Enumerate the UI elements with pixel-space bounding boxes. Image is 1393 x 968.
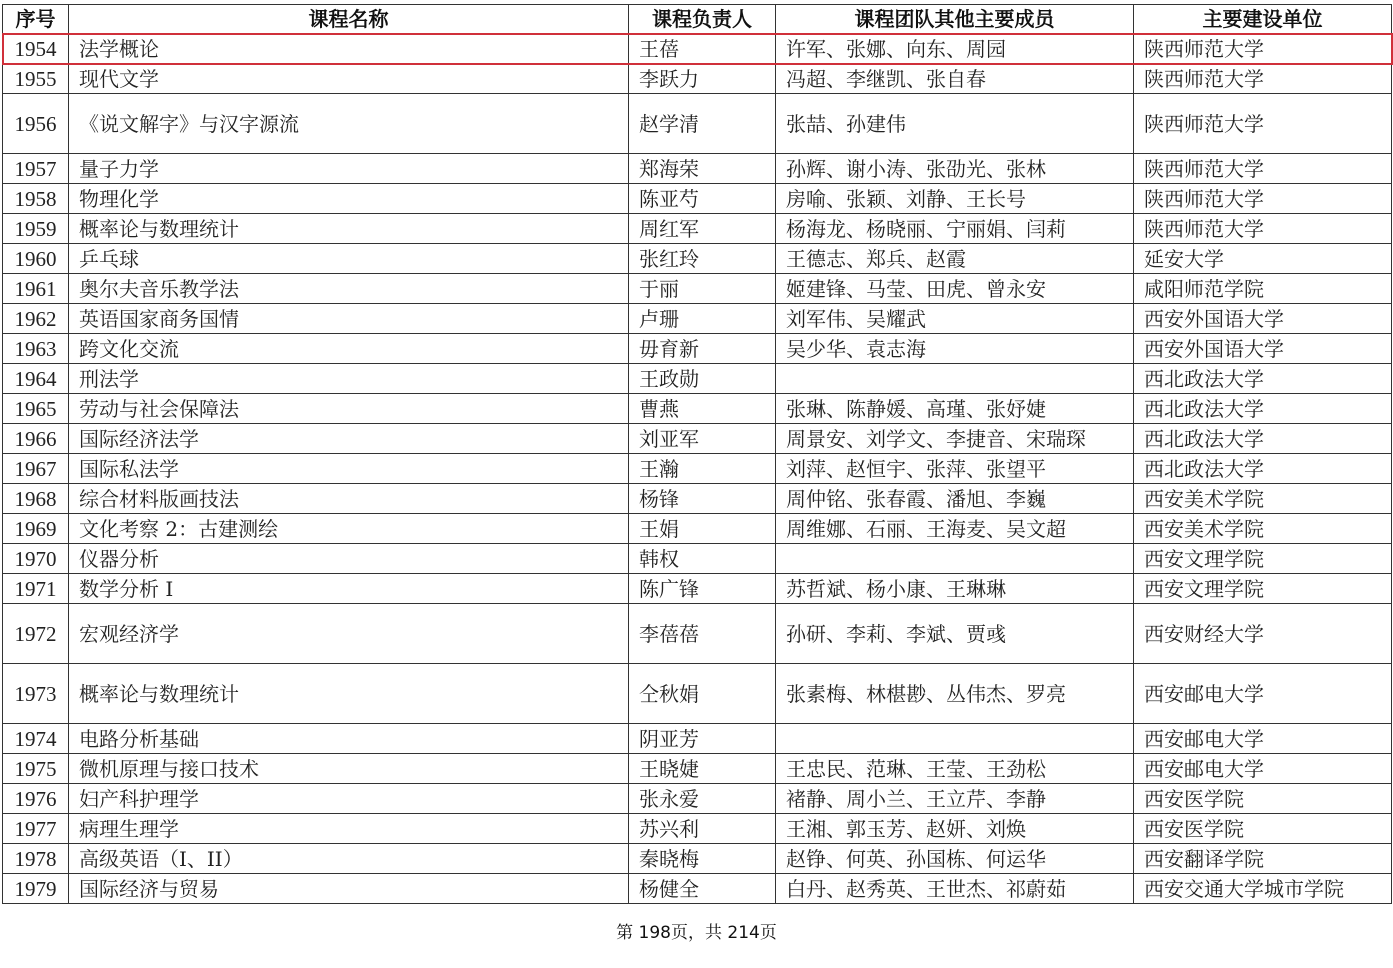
cell-unit: 西安翻译学院 xyxy=(1134,844,1392,874)
table-row: 1956《说文解字》与汉字源流赵学清张喆、孙建伟陕西师范大学 xyxy=(3,94,1392,154)
cell-leader: 韩权 xyxy=(629,544,776,574)
cell-team-members: 褚静、周小兰、王立芹、李静 xyxy=(776,784,1134,814)
cell-leader: 陈亚芍 xyxy=(629,184,776,214)
cell-unit: 陕西师范大学 xyxy=(1134,184,1392,214)
cell-course-name: 《说文解字》与汉字源流 xyxy=(69,94,629,154)
cell-course-name: 现代文学 xyxy=(69,64,629,94)
cell-unit: 咸阳师范学院 xyxy=(1134,274,1392,304)
table-row: 1957量子力学郑海荣孙辉、谢小涛、张劭光、张林陕西师范大学 xyxy=(3,154,1392,184)
cell-unit: 西安邮电大学 xyxy=(1134,724,1392,754)
table-row: 1965劳动与社会保障法曹燕张琳、陈静媛、高瑾、张妤婕西北政法大学 xyxy=(3,394,1392,424)
cell-serial: 1970 xyxy=(3,544,69,574)
header-course-name: 课程名称 xyxy=(69,5,629,34)
cell-unit: 西北政法大学 xyxy=(1134,424,1392,454)
cell-team-members: 张素梅、林椹尠、丛伟杰、罗亮 xyxy=(776,664,1134,724)
cell-unit: 西安邮电大学 xyxy=(1134,754,1392,784)
table-row: 1971数学分析 I陈广锋苏哲斌、杨小康、王琳琳西安文理学院 xyxy=(3,574,1392,604)
cell-leader: 张红玲 xyxy=(629,244,776,274)
cell-serial: 1967 xyxy=(3,454,69,484)
cell-course-name: 物理化学 xyxy=(69,184,629,214)
cell-course-name: 微机原理与接口技术 xyxy=(69,754,629,784)
cell-course-name: 量子力学 xyxy=(69,154,629,184)
cell-serial: 1978 xyxy=(3,844,69,874)
table-row: 1966国际经济法学刘亚军周景安、刘学文、李捷音、宋瑞琛西北政法大学 xyxy=(3,424,1392,454)
cell-course-name: 国际经济与贸易 xyxy=(69,874,629,904)
cell-team-members xyxy=(776,364,1134,394)
cell-team-members: 吴少华、袁志海 xyxy=(776,334,1134,364)
table-row: 1960乒乓球张红玲王德志、郑兵、赵霞延安大学 xyxy=(3,244,1392,274)
cell-leader: 杨健全 xyxy=(629,874,776,904)
cell-leader: 秦晓梅 xyxy=(629,844,776,874)
cell-unit: 西安美术学院 xyxy=(1134,514,1392,544)
cell-course-name: 奥尔夫音乐教学法 xyxy=(69,274,629,304)
cell-leader: 杨锋 xyxy=(629,484,776,514)
cell-leader: 卢珊 xyxy=(629,304,776,334)
cell-serial: 1979 xyxy=(3,874,69,904)
table-row: 1974电路分析基础阴亚芳西安邮电大学 xyxy=(3,724,1392,754)
cell-team-members: 孙研、李莉、李斌、贾彧 xyxy=(776,604,1134,664)
cell-leader: 李蓓蓓 xyxy=(629,604,776,664)
cell-serial: 1972 xyxy=(3,604,69,664)
cell-leader: 王瀚 xyxy=(629,454,776,484)
table-row: 1968综合材料版画技法杨锋周仲铭、张春霞、潘旭、李巍西安美术学院 xyxy=(3,484,1392,514)
cell-serial: 1977 xyxy=(3,814,69,844)
cell-serial: 1962 xyxy=(3,304,69,334)
cell-serial: 1958 xyxy=(3,184,69,214)
cell-serial: 1965 xyxy=(3,394,69,424)
cell-unit: 西安外国语大学 xyxy=(1134,334,1392,364)
table-row: 1963跨文化交流毋育新吴少华、袁志海西安外国语大学 xyxy=(3,334,1392,364)
table-row: 1975微机原理与接口技术王晓婕王忠民、范琳、王莹、王劲松西安邮电大学 xyxy=(3,754,1392,784)
cell-course-name: 乒乓球 xyxy=(69,244,629,274)
cell-course-name: 电路分析基础 xyxy=(69,724,629,754)
cell-team-members: 姬建锋、马莹、田虎、曾永安 xyxy=(776,274,1134,304)
cell-unit: 西安外国语大学 xyxy=(1134,304,1392,334)
cell-leader: 王晓婕 xyxy=(629,754,776,784)
cell-team-members: 刘军伟、吴耀武 xyxy=(776,304,1134,334)
cell-unit: 西北政法大学 xyxy=(1134,364,1392,394)
cell-team-members: 周维娜、石丽、王海麦、吴文超 xyxy=(776,514,1134,544)
cell-serial: 1976 xyxy=(3,784,69,814)
cell-course-name: 文化考察 2：古建测绘 xyxy=(69,514,629,544)
table-row: 1969文化考察 2：古建测绘王娟周维娜、石丽、王海麦、吴文超西安美术学院 xyxy=(3,514,1392,544)
cell-team-members: 王忠民、范琳、王莹、王劲松 xyxy=(776,754,1134,784)
cell-course-name: 病理生理学 xyxy=(69,814,629,844)
cell-serial: 1973 xyxy=(3,664,69,724)
cell-course-name: 英语国家商务国情 xyxy=(69,304,629,334)
page-footer: 第 198页，共 214页 xyxy=(0,918,1393,943)
cell-leader: 刘亚军 xyxy=(629,424,776,454)
cell-course-name: 刑法学 xyxy=(69,364,629,394)
cell-leader: 张永爱 xyxy=(629,784,776,814)
cell-serial: 1971 xyxy=(3,574,69,604)
cell-team-members: 周景安、刘学文、李捷音、宋瑞琛 xyxy=(776,424,1134,454)
table-body: 1954法学概论王蓓许军、张娜、向东、周园陕西师范大学1955现代文学李跃力冯超… xyxy=(3,34,1392,904)
cell-team-members: 杨海龙、杨晓丽、宁丽娟、闫莉 xyxy=(776,214,1134,244)
cell-unit: 西安医学院 xyxy=(1134,784,1392,814)
cell-unit: 西安交通大学城市学院 xyxy=(1134,874,1392,904)
cell-course-name: 概率论与数理统计 xyxy=(69,214,629,244)
cell-unit: 陕西师范大学 xyxy=(1134,34,1392,64)
table-row: 1979国际经济与贸易杨健全白丹、赵秀英、王世杰、祁蔚茹西安交通大学城市学院 xyxy=(3,874,1392,904)
cell-unit: 西北政法大学 xyxy=(1134,394,1392,424)
cell-serial: 1956 xyxy=(3,94,69,154)
cell-team-members: 许军、张娜、向东、周园 xyxy=(776,34,1134,64)
cell-course-name: 宏观经济学 xyxy=(69,604,629,664)
table-row: 1970仪器分析韩权西安文理学院 xyxy=(3,544,1392,574)
cell-unit: 西北政法大学 xyxy=(1134,454,1392,484)
cell-serial: 1961 xyxy=(3,274,69,304)
cell-team-members: 刘萍、赵恒宇、张萍、张望平 xyxy=(776,454,1134,484)
cell-team-members: 苏哲斌、杨小康、王琳琳 xyxy=(776,574,1134,604)
cell-unit: 陕西师范大学 xyxy=(1134,154,1392,184)
cell-course-name: 高级英语（I、II） xyxy=(69,844,629,874)
cell-leader: 王娟 xyxy=(629,514,776,544)
cell-serial: 1966 xyxy=(3,424,69,454)
table-row: 1973概率论与数理统计仝秋娟张素梅、林椹尠、丛伟杰、罗亮西安邮电大学 xyxy=(3,664,1392,724)
cell-course-name: 概率论与数理统计 xyxy=(69,664,629,724)
cell-course-name: 劳动与社会保障法 xyxy=(69,394,629,424)
cell-course-name: 数学分析 I xyxy=(69,574,629,604)
header-serial: 序号 xyxy=(3,5,69,34)
cell-leader: 阴亚芳 xyxy=(629,724,776,754)
cell-course-name: 国际私法学 xyxy=(69,454,629,484)
cell-unit: 陕西师范大学 xyxy=(1134,94,1392,154)
cell-leader: 周红军 xyxy=(629,214,776,244)
cell-team-members xyxy=(776,544,1134,574)
cell-unit: 陕西师范大学 xyxy=(1134,214,1392,244)
cell-team-members: 房喻、张颖、刘静、王长号 xyxy=(776,184,1134,214)
cell-team-members: 白丹、赵秀英、王世杰、祁蔚茹 xyxy=(776,874,1134,904)
cell-serial: 1955 xyxy=(3,64,69,94)
course-table: 序号 课程名称 课程负责人 课程团队其他主要成员 主要建设单位 1954法学概论… xyxy=(2,4,1392,904)
cell-unit: 西安医学院 xyxy=(1134,814,1392,844)
table-row-highlighted: 1954法学概论王蓓许军、张娜、向东、周园陕西师范大学 xyxy=(3,34,1392,64)
table-row: 1958物理化学陈亚芍房喻、张颖、刘静、王长号陕西师范大学 xyxy=(3,184,1392,214)
cell-leader: 李跃力 xyxy=(629,64,776,94)
table-header-row: 序号 课程名称 课程负责人 课程团队其他主要成员 主要建设单位 xyxy=(3,5,1392,34)
cell-leader: 赵学清 xyxy=(629,94,776,154)
header-team-members: 课程团队其他主要成员 xyxy=(776,5,1134,34)
cell-course-name: 法学概论 xyxy=(69,34,629,64)
header-leader: 课程负责人 xyxy=(629,5,776,34)
cell-team-members: 赵铮、何英、孙国栋、何运华 xyxy=(776,844,1134,874)
cell-unit: 西安文理学院 xyxy=(1134,544,1392,574)
table-row: 1972宏观经济学李蓓蓓孙研、李莉、李斌、贾彧西安财经大学 xyxy=(3,604,1392,664)
cell-team-members: 张喆、孙建伟 xyxy=(776,94,1134,154)
cell-leader: 王蓓 xyxy=(629,34,776,64)
cell-unit: 西安财经大学 xyxy=(1134,604,1392,664)
cell-serial: 1957 xyxy=(3,154,69,184)
cell-course-name: 仪器分析 xyxy=(69,544,629,574)
cell-course-name: 跨文化交流 xyxy=(69,334,629,364)
cell-serial: 1969 xyxy=(3,514,69,544)
cell-unit: 西安邮电大学 xyxy=(1134,664,1392,724)
cell-leader: 苏兴利 xyxy=(629,814,776,844)
cell-serial: 1974 xyxy=(3,724,69,754)
cell-leader: 毋育新 xyxy=(629,334,776,364)
table-row: 1955现代文学李跃力冯超、李继凯、张自春陕西师范大学 xyxy=(3,64,1392,94)
cell-unit: 西安美术学院 xyxy=(1134,484,1392,514)
cell-course-name: 综合材料版画技法 xyxy=(69,484,629,514)
table-row: 1961奥尔夫音乐教学法于丽姬建锋、马莹、田虎、曾永安咸阳师范学院 xyxy=(3,274,1392,304)
cell-unit: 陕西师范大学 xyxy=(1134,64,1392,94)
cell-leader: 曹燕 xyxy=(629,394,776,424)
cell-leader: 仝秋娟 xyxy=(629,664,776,724)
table-row: 1977病理生理学苏兴利王湘、郭玉芳、赵妍、刘焕西安医学院 xyxy=(3,814,1392,844)
cell-unit: 延安大学 xyxy=(1134,244,1392,274)
cell-course-name: 国际经济法学 xyxy=(69,424,629,454)
table-row: 1976妇产科护理学张永爱褚静、周小兰、王立芹、李静西安医学院 xyxy=(3,784,1392,814)
cell-serial: 1964 xyxy=(3,364,69,394)
table-row: 1978高级英语（I、II）秦晓梅赵铮、何英、孙国栋、何运华西安翻译学院 xyxy=(3,844,1392,874)
header-unit: 主要建设单位 xyxy=(1134,5,1392,34)
cell-unit: 西安文理学院 xyxy=(1134,574,1392,604)
cell-serial: 1968 xyxy=(3,484,69,514)
cell-team-members: 孙辉、谢小涛、张劭光、张林 xyxy=(776,154,1134,184)
cell-team-members: 冯超、李继凯、张自春 xyxy=(776,64,1134,94)
cell-serial: 1975 xyxy=(3,754,69,784)
cell-leader: 于丽 xyxy=(629,274,776,304)
table-row: 1964刑法学王政勋西北政法大学 xyxy=(3,364,1392,394)
cell-serial: 1954 xyxy=(3,34,69,64)
cell-team-members: 王德志、郑兵、赵霞 xyxy=(776,244,1134,274)
cell-serial: 1960 xyxy=(3,244,69,274)
cell-course-name: 妇产科护理学 xyxy=(69,784,629,814)
cell-team-members: 张琳、陈静媛、高瑾、张妤婕 xyxy=(776,394,1134,424)
cell-leader: 陈广锋 xyxy=(629,574,776,604)
cell-serial: 1963 xyxy=(3,334,69,364)
table-row: 1962英语国家商务国情卢珊刘军伟、吴耀武西安外国语大学 xyxy=(3,304,1392,334)
cell-leader: 郑海荣 xyxy=(629,154,776,184)
cell-serial: 1959 xyxy=(3,214,69,244)
cell-team-members xyxy=(776,724,1134,754)
cell-leader: 王政勋 xyxy=(629,364,776,394)
cell-team-members: 周仲铭、张春霞、潘旭、李巍 xyxy=(776,484,1134,514)
cell-team-members: 王湘、郭玉芳、赵妍、刘焕 xyxy=(776,814,1134,844)
table-row: 1959概率论与数理统计周红军杨海龙、杨晓丽、宁丽娟、闫莉陕西师范大学 xyxy=(3,214,1392,244)
table-row: 1967国际私法学王瀚刘萍、赵恒宇、张萍、张望平西北政法大学 xyxy=(3,454,1392,484)
